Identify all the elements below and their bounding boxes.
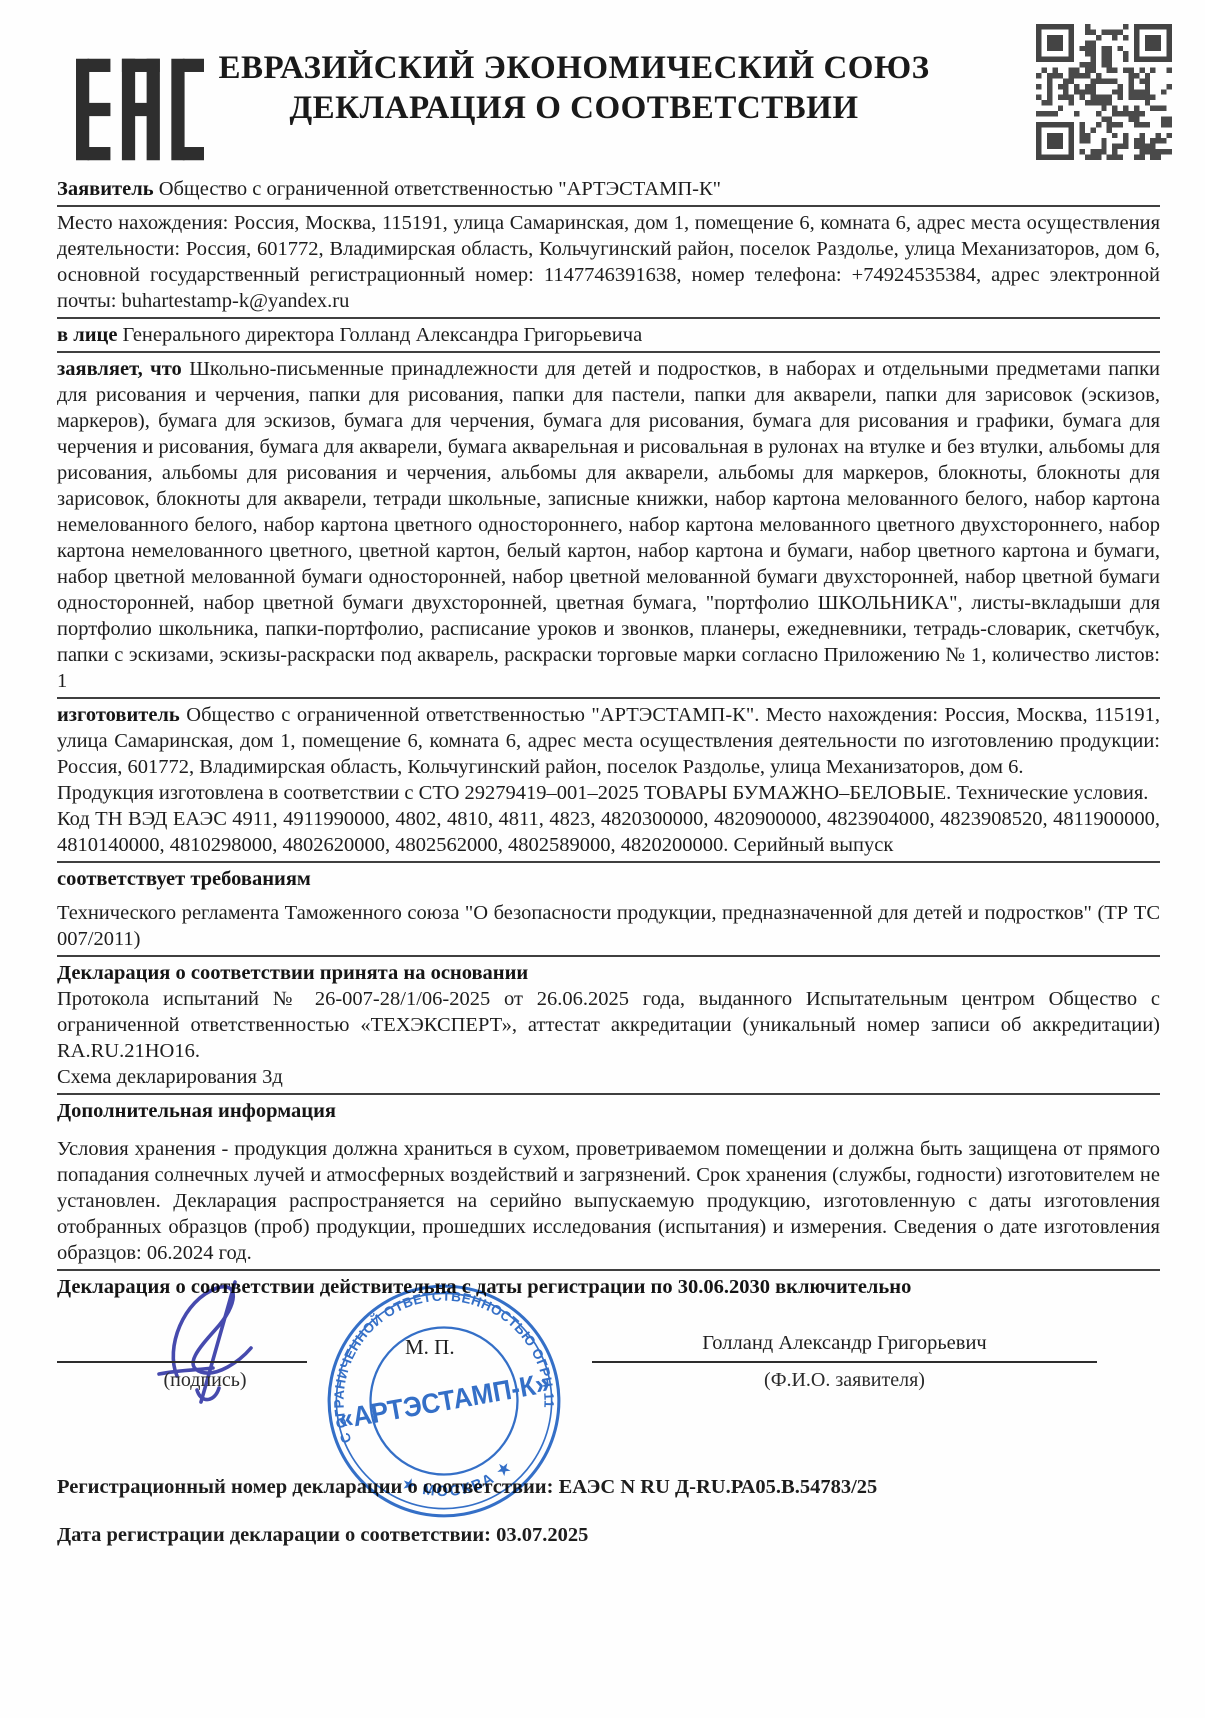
signature-line bbox=[57, 1361, 307, 1363]
declarant-name: Голланд Александр Григорьевич bbox=[592, 1330, 1097, 1356]
registration-number-value: ЕАЭС N RU Д-RU.РА05.В.54783/25 bbox=[559, 1476, 878, 1498]
applicant-value: Общество с ограниченной ответственностью… bbox=[159, 178, 721, 200]
divider bbox=[57, 861, 1160, 863]
divider bbox=[57, 955, 1160, 957]
represented-line: в лице Генерального директора Голланд Ал… bbox=[57, 322, 1160, 348]
document-title: ЕВРАЗИЙСКИЙ ЭКОНОМИЧЕСКИЙ СОЮЗ ДЕКЛАРАЦИ… bbox=[210, 48, 938, 128]
divider bbox=[57, 697, 1160, 699]
basis-paragraph: Протокола испытаний № 26-007-28/1/06-202… bbox=[57, 986, 1160, 1064]
divider bbox=[57, 205, 1160, 207]
declares-value: Школьно-письменные принадлежности для де… bbox=[57, 358, 1160, 692]
declaration-document: ЕВРАЗИЙСКИЙ ЭКОНОМИЧЕСКИЙ СОЮЗ ДЕКЛАРАЦИ… bbox=[0, 0, 1205, 1718]
company-stamp: ОБЩЕСТВО С ОГРАНИЧЕННОЙ ОТВЕТСТВЕННОСТЬЮ… bbox=[325, 1282, 563, 1520]
complies-heading: соответствует требованиям bbox=[57, 866, 1160, 892]
applicant-label: Заявитель bbox=[57, 178, 154, 200]
manufacturer-paragraph: изготовитель Общество с ограниченной отв… bbox=[57, 702, 1160, 780]
declarant-caption: (Ф.И.О. заявителя) bbox=[592, 1367, 1097, 1393]
manufacturer-value: Общество с ограниченной ответственностью… bbox=[57, 704, 1160, 778]
divider bbox=[57, 351, 1160, 353]
basis-heading: Декларация о соответствии принята на осн… bbox=[57, 960, 1160, 986]
additional-paragraph: Условия хранения - продукция должна хран… bbox=[57, 1136, 1160, 1266]
divider bbox=[57, 1269, 1160, 1271]
declarant-line bbox=[592, 1361, 1097, 1363]
stamp-center-text: «АРТЭСТАМП-К» bbox=[336, 1367, 552, 1435]
handwritten-signature bbox=[139, 1278, 299, 1418]
title-line-1: ЕВРАЗИЙСКИЙ ЭКОНОМИЧЕСКИЙ СОЮЗ bbox=[210, 48, 938, 88]
regulations-paragraph: Технического регламента Таможенного союз… bbox=[57, 900, 1160, 952]
tn-ved-paragraph: Код ТН ВЭД ЕАЭС 4911, 4911990000, 4802, … bbox=[57, 806, 1160, 858]
production-standard-paragraph: Продукция изготовлена в соответствии с С… bbox=[57, 780, 1160, 806]
applicant-line: Заявитель Общество с ограниченной ответс… bbox=[57, 176, 1160, 202]
location-paragraph: Место нахождения: Россия, Москва, 115191… bbox=[57, 210, 1160, 314]
document-body: Заявитель Общество с ограниченной ответс… bbox=[57, 176, 1160, 1548]
manufacturer-label: изготовитель bbox=[57, 704, 180, 726]
eac-mark-icon bbox=[76, 52, 204, 167]
registration-date-line: Дата регистрации декларации о соответств… bbox=[57, 1522, 1160, 1548]
scheme-line: Схема декларирования 3д bbox=[57, 1064, 1160, 1090]
divider bbox=[57, 1093, 1160, 1095]
declares-paragraph: заявляет, что Школьно-письменные принадл… bbox=[57, 356, 1160, 694]
represented-label: в лице bbox=[57, 324, 117, 346]
additional-heading: Дополнительная информация bbox=[57, 1098, 1160, 1124]
title-line-2: ДЕКЛАРАЦИЯ О СООТВЕТСТВИИ bbox=[210, 88, 938, 128]
registration-number-line: Регистрационный номер декларации о соотв… bbox=[57, 1474, 1160, 1500]
divider bbox=[57, 317, 1160, 319]
declares-label: заявляет, что bbox=[57, 358, 182, 380]
signature-caption: (подпись) bbox=[135, 1367, 275, 1393]
represented-value: Генерального директора Голланд Александр… bbox=[123, 324, 643, 346]
signature-block: М. П. (подпись) Голланд Александр Григор… bbox=[57, 1304, 1160, 1456]
registration-date-value: 03.07.2025 bbox=[496, 1524, 588, 1546]
qr-code bbox=[1036, 24, 1172, 160]
